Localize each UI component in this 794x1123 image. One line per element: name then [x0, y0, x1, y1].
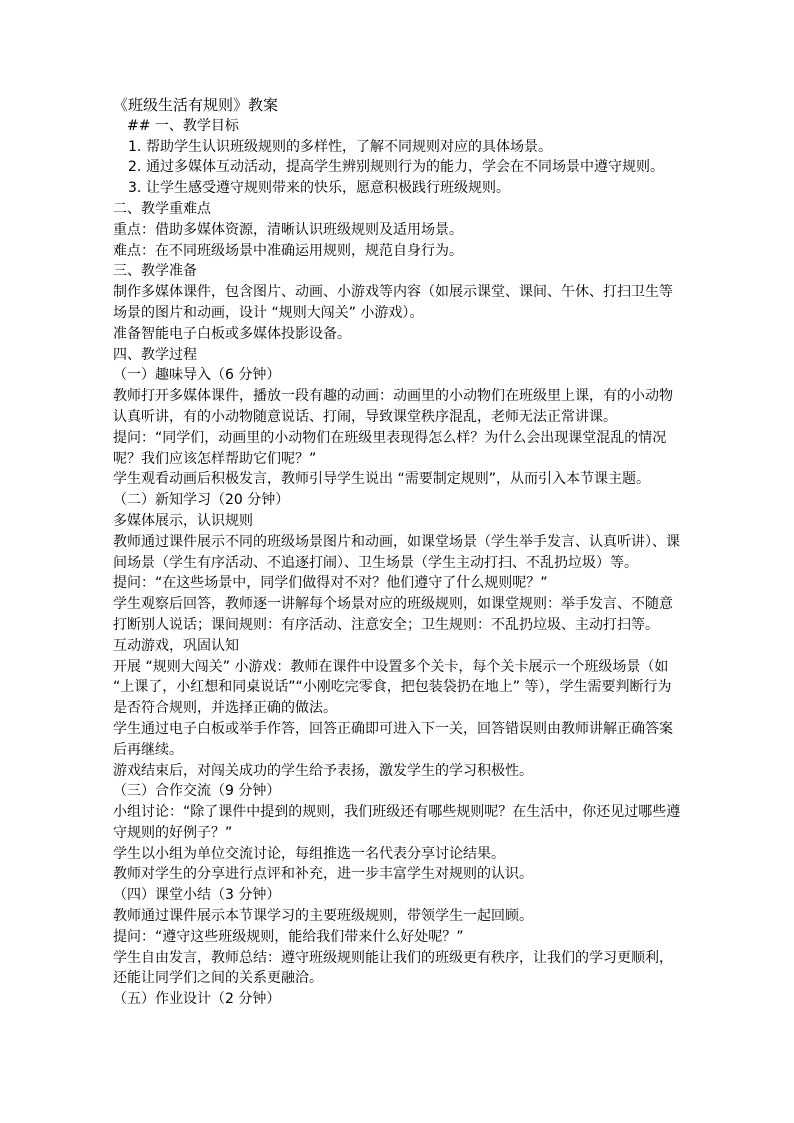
- paragraph: 小组讨论：“除了课件中提到的规则，我们班级还有哪些规则呢？在生活中，你还见过哪些…: [113, 802, 681, 844]
- paragraph: 教师对学生的分享进行点评和补充，进一步丰富学生对规则的认识。: [113, 864, 681, 885]
- objective-list-item: 3.让学生感受遵守规则带来的快乐，愿意积极践行班级规则。: [113, 178, 681, 199]
- section-heading: 二、教学重难点: [113, 199, 681, 220]
- paragraph: 准备智能电子白板或多媒体投影设备。: [113, 324, 681, 345]
- paragraph: 学生通过电子白板或举手作答，回答正确即可进入下一关，回答错误则由教师讲解正确答案…: [113, 719, 681, 761]
- paragraph: 开展 “规则大闯关” 小游戏：教师在课件中设置多个关卡，每个关卡展示一个班级场景…: [113, 657, 681, 719]
- paragraph: 提问：“在这些场景中，同学们做得对不对？他们遵守了什么规则呢？”: [113, 573, 681, 594]
- paragraph: 学生自由发言，教师总结：遵守班级规则能让我们的班级更有秩序，让我们的学习更顺利，…: [113, 948, 681, 990]
- paragraph: 游戏结束后，对闯关成功的学生给予表扬，激发学生的学习积极性。: [113, 761, 681, 782]
- document-page: 《班级生活有规则》教案## 一、教学目标1.帮助学生认识班级规则的多样性，了解不…: [0, 0, 794, 1123]
- list-number: 1.: [128, 137, 146, 158]
- paragraph: 难点：在不同班级场景中准确运用规则，规范自身行为。: [113, 241, 681, 262]
- section-heading: 三、教学准备: [113, 261, 681, 282]
- list-number: 3.: [128, 178, 146, 199]
- paragraph: 重点：借助多媒体资源，清晰认识班级规则及适用场景。: [113, 220, 681, 241]
- paragraph: 学生观察后回答，教师逐一讲解每个场景对应的班级规则，如课堂规则：举手发言、不随意…: [113, 594, 681, 636]
- paragraph: 学生以小组为单位交流讨论，每组推选一名代表分享讨论结果。: [113, 844, 681, 865]
- paragraph: 提问：“同学们，动画里的小动物们在班级里表现得怎么样？为什么会出现课堂混乱的情况…: [113, 428, 681, 470]
- paragraph: 提问：“遵守这些班级规则，能给我们带来什么好处呢？”: [113, 927, 681, 948]
- subsection-heading: （三）合作交流（9 分钟）: [113, 781, 681, 802]
- paragraph: 制作多媒体课件，包含图片、动画、小游戏等内容（如展示课堂、课间、午休、打扫卫生等…: [113, 282, 681, 324]
- objective-list-item: 1.帮助学生认识班级规则的多样性，了解不同规则对应的具体场景。: [113, 137, 681, 158]
- list-item-text: 帮助学生认识班级规则的多样性，了解不同规则对应的具体场景。: [146, 137, 681, 158]
- subsection-heading: （二）新知学习（20 分钟）: [113, 490, 681, 511]
- objective-list-item: 2.通过多媒体互动活动，提高学生辨别规则行为的能力，学会在不同场景中遵守规则。: [113, 157, 681, 178]
- paragraph: 多媒体展示，认识规则: [113, 511, 681, 532]
- paragraph: 教师打开多媒体课件，播放一段有趣的动画：动画里的小动物们在班级里上课，有的小动物…: [113, 386, 681, 428]
- paragraph: 教师通过课件展示本节课学习的主要班级规则，带领学生一起回顾。: [113, 906, 681, 927]
- list-item-text: 让学生感受遵守规则带来的快乐，愿意积极践行班级规则。: [146, 178, 681, 199]
- paragraph: 学生观看动画后积极发言，教师引导学生说出 “需要制定规则”，从而引入本节课主题。: [113, 469, 681, 490]
- markdown-heading: ## 一、教学目标: [113, 116, 681, 137]
- subsection-heading: （四）课堂小结（3 分钟）: [113, 885, 681, 906]
- doc-title: 《班级生活有规则》教案: [113, 95, 681, 116]
- list-number: 2.: [128, 157, 146, 178]
- subsection-heading: （一）趣味导入（6 分钟）: [113, 365, 681, 386]
- document-content: 《班级生活有规则》教案## 一、教学目标1.帮助学生认识班级规则的多样性，了解不…: [113, 95, 681, 1010]
- subsection-heading: （五）作业设计（2 分钟）: [113, 989, 681, 1010]
- list-item-text: 通过多媒体互动活动，提高学生辨别规则行为的能力，学会在不同场景中遵守规则。: [146, 157, 681, 178]
- section-heading: 四、教学过程: [113, 345, 681, 366]
- paragraph: 互动游戏，巩固认知: [113, 636, 681, 657]
- paragraph: 教师通过课件展示不同的班级场景图片和动画，如课堂场景（学生举手发言、认真听讲）、…: [113, 532, 681, 574]
